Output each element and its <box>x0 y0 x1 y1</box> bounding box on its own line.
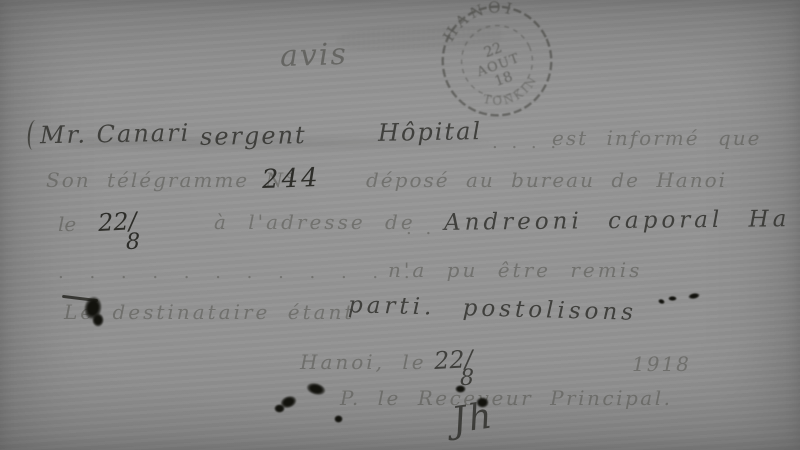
printed-adresse-de: à l'adresse de <box>214 210 416 234</box>
leader-dots-line4: . . . . . . . . . . . . <box>58 262 420 283</box>
printed-le: le <box>58 212 76 236</box>
ink-blot <box>476 397 489 408</box>
printed-hanoi-le: Hanoi, le <box>300 350 427 374</box>
printed-na-pu-etre-remis: n'a pu être remis <box>388 258 642 282</box>
document-title: avis <box>279 37 348 74</box>
ink-blot <box>668 296 677 301</box>
destination-addressee: Andreoni caporal Ha <box>444 206 791 236</box>
addressee-rank: sergent <box>200 121 307 151</box>
printed-destinataire-etant: Le destinataire étant <box>64 300 355 324</box>
printed-receveur-principal: P. le Receveur Principal. <box>340 386 672 410</box>
ink-blot <box>334 415 343 423</box>
notice-year: 1918 <box>632 352 691 376</box>
ink-blot <box>274 404 285 413</box>
addressee-name: Mr. Canari <box>40 119 191 150</box>
telegram-notice-document: HANOI TONKIN 22 AOUT 18 avis Mr. Canari … <box>0 0 800 450</box>
printed-telegram-label: Son télégramme N° <box>46 168 297 192</box>
printed-depose-bureau: déposé au bureau de Hanoi <box>366 168 727 192</box>
reason-handwritten: parti. postolisons <box>348 292 638 326</box>
ink-blot <box>92 313 104 327</box>
ink-blot <box>455 385 466 393</box>
signature: Jh <box>449 395 496 441</box>
leader-dots-line3: . . <box>406 218 435 239</box>
deposit-date-denominator: 8 <box>126 230 140 255</box>
printed-est-informe: est informé que <box>552 126 761 150</box>
leader-dots-line1: . . . . <box>492 132 560 153</box>
addressee-unit: Hôpital <box>378 117 483 147</box>
telegram-number: 244 <box>261 163 321 195</box>
document-text-layer: avis Mr. Canari sergent Hôpital . . . . … <box>0 0 800 450</box>
